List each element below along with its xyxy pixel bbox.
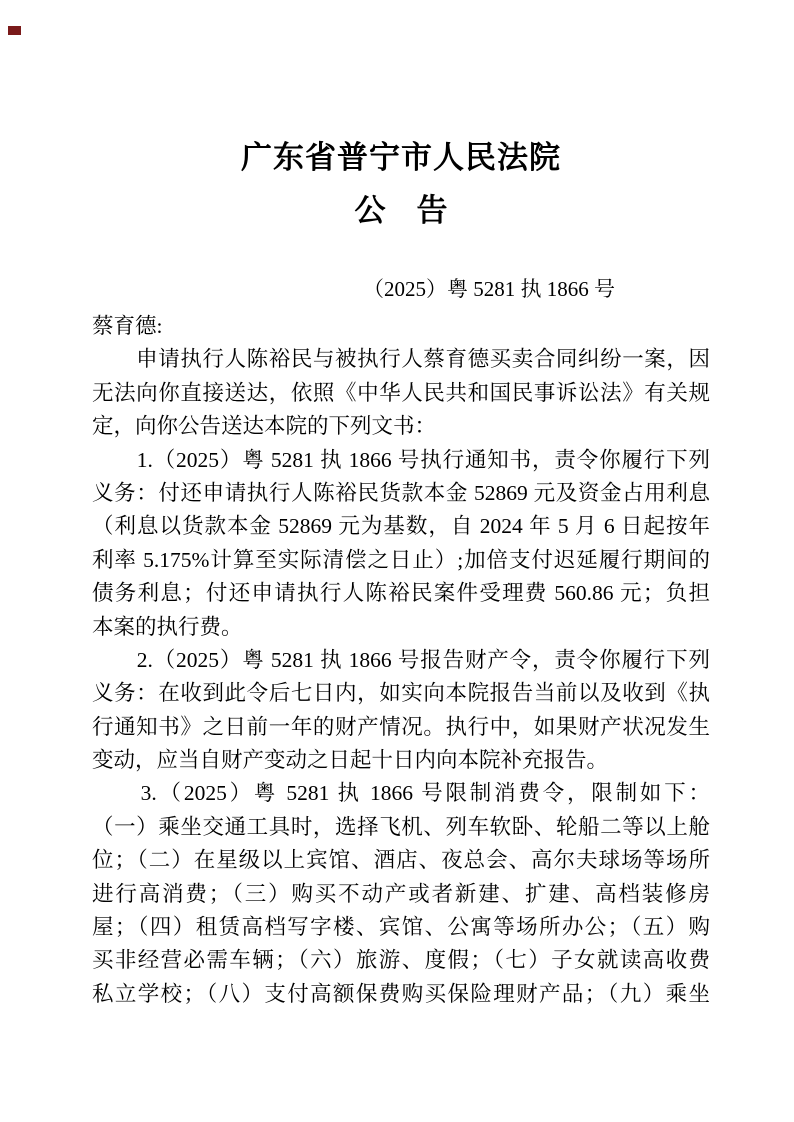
document-line: 3.（2025）粤 5281 执 1866 号限制消费令，限制如下：	[92, 777, 710, 810]
document-line: 无法向你直接送达，依照《中华人民共和国民事诉讼法》有关规	[92, 377, 710, 410]
document-line: 定，向你公告送达本院的下列文书：	[92, 410, 710, 443]
document-line: 申请执行人陈裕民与被执行人蔡育德买卖合同纠纷一案，因	[92, 343, 710, 376]
document-line: 买非经营必需车辆；（六）旅游、度假；（七）子女就读高收费	[92, 944, 710, 977]
document-line: 屋；（四）租赁高档写字楼、宾馆、公寓等场所办公；（五）购	[92, 911, 710, 944]
document-line: 义务：在收到此令后七日内，如实向本院报告当前以及收到《执	[92, 677, 710, 710]
document-line: （一）乘坐交通工具时，选择飞机、列车软卧、轮船二等以上舱	[92, 811, 710, 844]
document-line: 利率 5.175%计算至实际清偿之日止）;加倍支付迟延履行期间的	[92, 544, 710, 577]
document-line: 行通知书》之日前一年的财产情况。执行中，如果财产状况发生	[92, 711, 710, 744]
document-line: 私立学校；（八）支付高额保费购买保险理财产品；（九）乘坐	[92, 978, 710, 1011]
document-line: （利息以货款本金 52869 元为基数，自 2024 年 5 月 6 日起按年	[92, 510, 710, 543]
document-line: 本案的执行费。	[92, 611, 710, 644]
case-number: （2025）粤 5281 执 1866 号	[92, 276, 615, 303]
document-line: 蔡育德:	[92, 310, 710, 343]
document-line: 变动，应当自财产变动之日起十日内向本院补充报告。	[92, 744, 710, 777]
corner-mark	[8, 26, 21, 35]
document-line: 位；（二）在星级以上宾馆、酒店、夜总会、高尔夫球场等场所	[92, 844, 710, 877]
court-name-title: 广东省普宁市人民法院	[92, 139, 710, 176]
document-line: 2.（2025）粤 5281 执 1866 号报告财产令，责令你履行下列	[92, 644, 710, 677]
document-body: 蔡育德: 申请执行人陈裕民与被执行人蔡育德买卖合同纠纷一案，因无法向你直接送达，…	[92, 310, 710, 1011]
document-line: 1.（2025）粤 5281 执 1866 号执行通知书，责令你履行下列	[92, 444, 710, 477]
document-line: 进行高消费；（三）购买不动产或者新建、扩建、高档装修房	[92, 878, 710, 911]
announcement-heading: 公 告	[92, 192, 710, 229]
document-line: 义务：付还申请执行人陈裕民货款本金 52869 元及资金占用利息	[92, 477, 710, 510]
document-line: 债务利息；付还申请执行人陈裕民案件受理费 560.86 元；负担	[92, 577, 710, 610]
document-page: 广东省普宁市人民法院 公 告 （2025）粤 5281 执 1866 号 蔡育德…	[0, 0, 794, 1122]
